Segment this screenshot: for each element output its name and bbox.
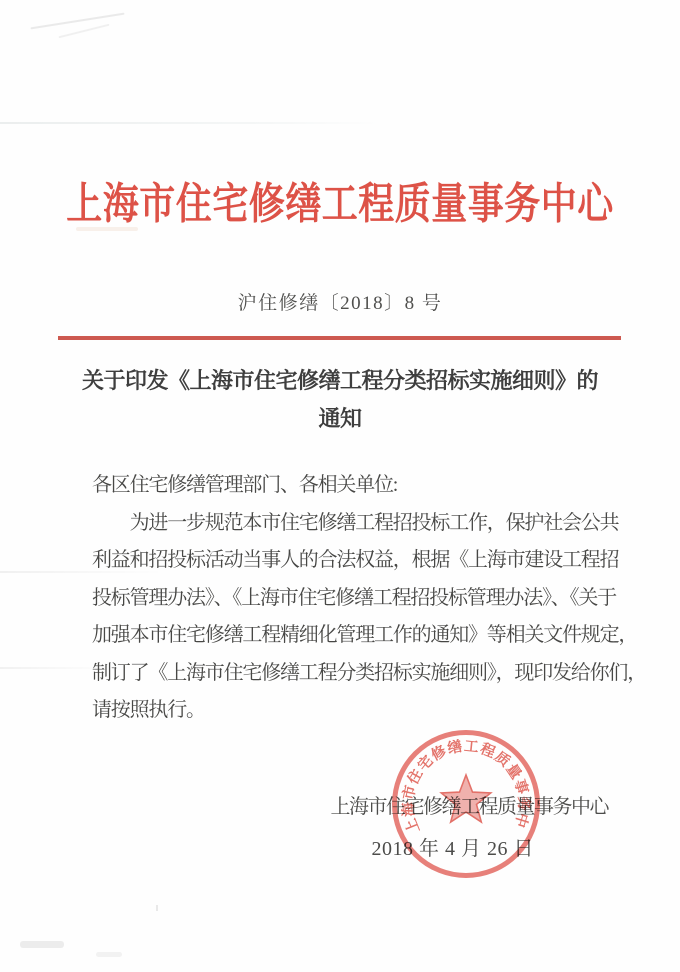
scan-artifact-smudge	[20, 941, 64, 948]
notice-title-line-2: 通知	[0, 400, 680, 438]
body-line: 为进一步规范本市住宅修缮工程招投标工作，保护社会公共	[92, 505, 597, 543]
notice-title-line-1: 关于印发《上海市住宅修缮工程分类招标实施细则》的	[0, 362, 680, 400]
issuing-org-signature: 上海市住宅修缮工程质量事务中心	[331, 790, 609, 819]
scan-artifact-diagonal	[59, 24, 110, 39]
scan-artifact-smudge	[96, 952, 122, 957]
scan-artifact-tick	[156, 905, 158, 911]
document-page: 上海市住宅修缮工程质量事务中心 沪住修缮〔2018〕8 号 关于印发《上海市住宅…	[0, 0, 680, 972]
salutation-line: 各区住宅修缮管理部门、各相关单位:	[92, 467, 597, 505]
body-line: 制订了《上海市住宅修缮工程分类招标实施细则》，现印发给你们，	[92, 655, 597, 693]
body-line: 请按照执行。	[92, 692, 597, 730]
issue-date: 2018 年 4 月 26 日	[372, 832, 535, 861]
body-line: 加强本市住宅修缮工程精细化管理工作的通知》等相关文件规定，	[92, 617, 597, 655]
document-number: 沪住修缮〔2018〕8 号	[0, 288, 680, 315]
letterhead-org-title: 上海市住宅修缮工程质量事务中心	[0, 170, 680, 237]
notice-body: 各区住宅修缮管理部门、各相关单位: 为进一步规范本市住宅修缮工程招投标工作，保护…	[92, 467, 597, 730]
body-line: 投标管理办法》、《上海市住宅修缮工程招投标管理办法》、《关于	[92, 580, 597, 618]
notice-title: 关于印发《上海市住宅修缮工程分类招标实施细则》的 通知	[0, 362, 680, 438]
scan-artifact-line	[0, 122, 382, 124]
scan-artifact-diagonal	[30, 13, 124, 30]
letterhead-divider-rule	[58, 336, 621, 340]
body-line: 利益和招投标活动当事人的合法权益，根据《上海市建设工程招	[92, 542, 597, 580]
